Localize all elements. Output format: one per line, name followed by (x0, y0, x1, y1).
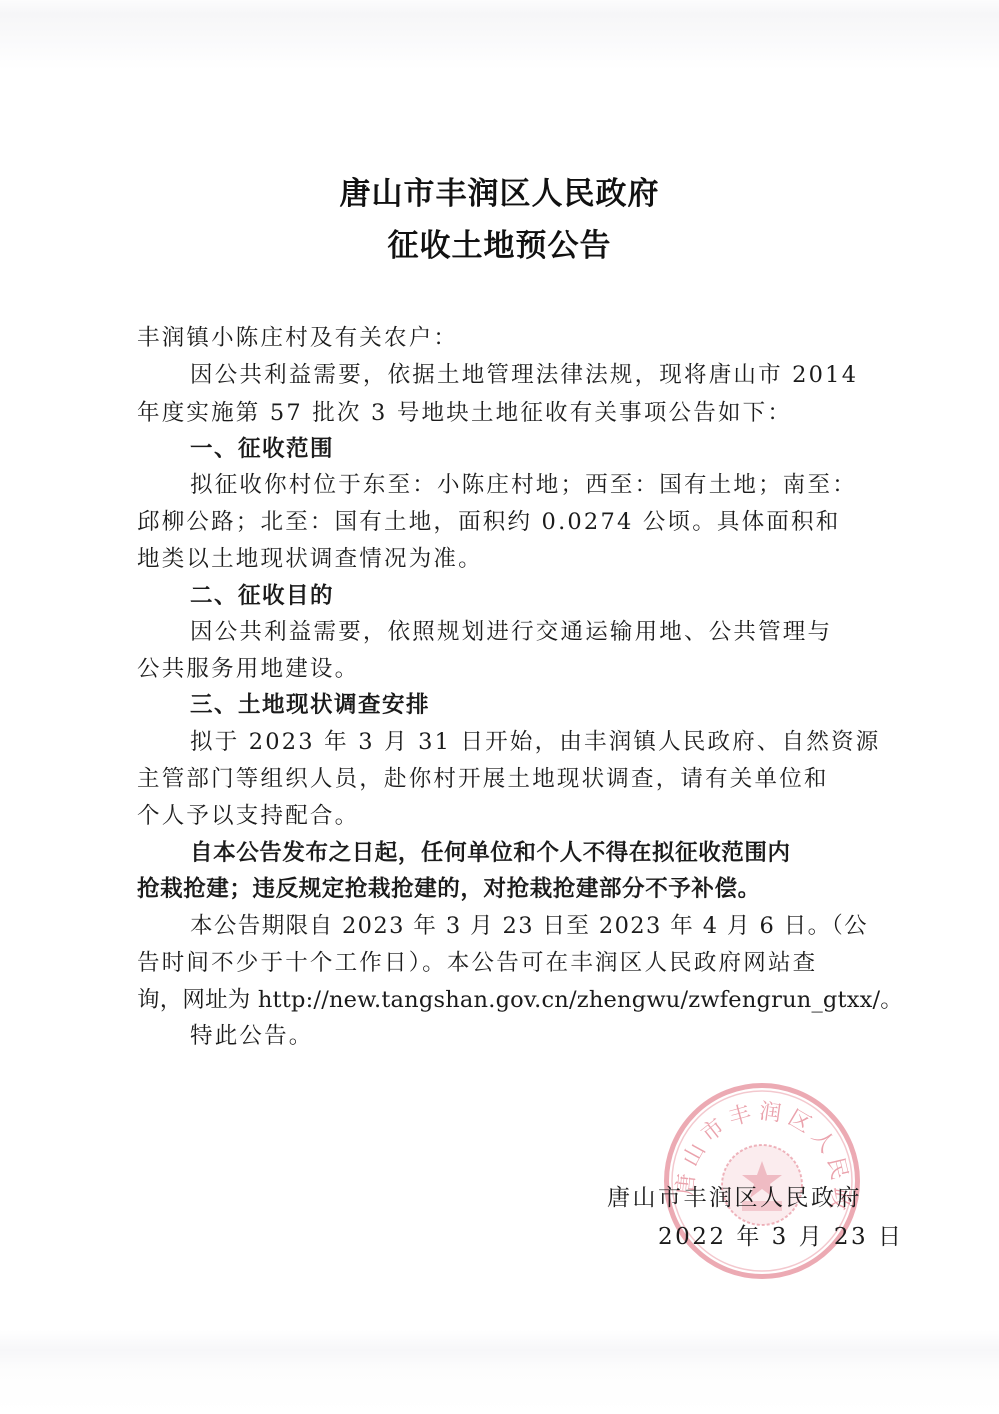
period-line-2: 告时间不少于十个工作日）。本公告可在丰润区人民政府网站查 (137, 948, 877, 978)
signature-date: 2022 年 3 月 23 日 (658, 1218, 904, 1251)
section-heading-survey: 三、土地现状调查安排 (190, 690, 930, 720)
section-heading-scope: 一、征收范围 (190, 434, 930, 464)
intro-line-2: 年度实施第 57 批次 3 号地块土地征收有关事项公告如下： (137, 398, 877, 428)
document-title-line1: 唐山市丰润区人民政府 (0, 168, 999, 213)
survey-line-3: 个人予以支持配合。 (137, 801, 877, 831)
addressee: 丰润镇小陈庄村及有关农户： (137, 323, 877, 353)
survey-line-2: 主管部门等组织人员，赴你村开展土地现状调查，请有关单位和 (137, 764, 877, 794)
signature-organization: 唐山市丰润区人民政府 (607, 1179, 862, 1212)
purpose-line-2: 公共服务用地建设。 (137, 654, 877, 684)
intro-line-1: 因公共利益需要，依据土地管理法律法规，现将唐山市 2014 (190, 360, 930, 390)
document-page: 唐山市丰润区人民政府 征收土地预公告 丰润镇小陈庄村及有关农户： 因公共利益需要… (0, 0, 999, 1414)
document-title-line2: 征收土地预公告 (0, 220, 999, 265)
purpose-line-1: 因公共利益需要，依照规划进行交通运输用地、公共管理与 (190, 617, 930, 647)
survey-line-1: 拟于 2023 年 3 月 31 日开始，由丰润镇人民政府、自然资源 (190, 727, 930, 757)
warning-line-1: 自本公告发布之日起，任何单位和个人不得在拟征收范围内 (190, 838, 930, 868)
period-line-3-url: 询，网址为 http://new.tangshan.gov.cn/zhengwu… (137, 985, 877, 1015)
scope-line-2: 邱柳公路；北至：国有土地，面积约 0.0274 公顷。具体面积和 (137, 507, 877, 537)
scope-line-3: 地类以土地现状调查情况为准。 (137, 544, 877, 574)
closing-text: 特此公告。 (190, 1021, 930, 1051)
period-line-1: 本公告期限自 2023 年 3 月 23 日至 2023 年 4 月 6 日。（… (190, 911, 930, 941)
scope-line-1: 拟征收你村位于东至：小陈庄村地；西至：国有土地；南至： (190, 470, 930, 500)
warning-line-2: 抢栽抢建；违反规定抢栽抢建的，对抢栽抢建部分不予补偿。 (137, 874, 877, 904)
section-heading-purpose: 二、征收目的 (190, 581, 930, 611)
